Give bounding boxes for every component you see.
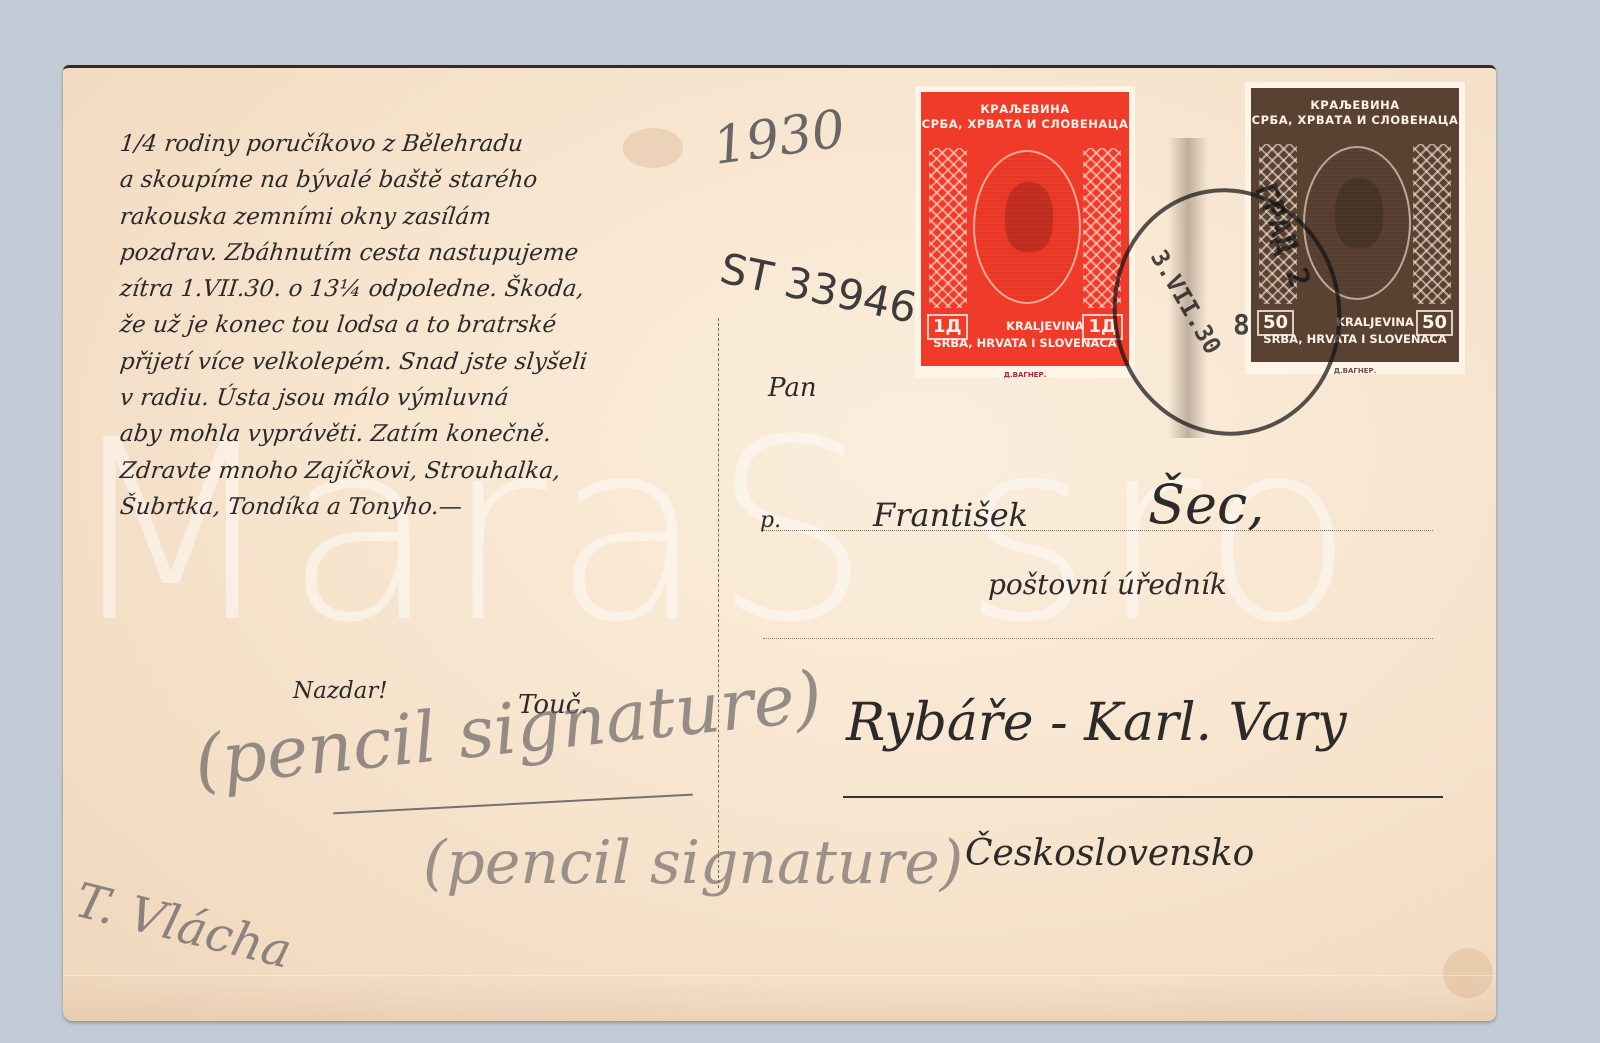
center-divider: [718, 318, 719, 888]
message-line: že už je konec tou lodsa a to bratrské: [118, 307, 589, 343]
recipient-country: Československo: [965, 833, 1254, 874]
recipient-city: Rybáře - Karl. Vary: [846, 693, 1347, 753]
message-line: aby mohla vyprávěti. Zatím konečně.: [118, 416, 589, 452]
stamp-cyrillic-text: КРАЉЕВИНА СРБА, ХРВАТА И СЛОВЕНАЦА: [921, 92, 1129, 132]
stamp-cyrillic-text: КРАЉЕВИНА СРБА, ХРВАТА И СЛОВЕНАЦА: [1251, 88, 1459, 128]
message-line: 1/4 rodiny poručíkovo z Bělehradu: [118, 126, 589, 162]
recipient-occupation: poštovní úředník: [988, 568, 1227, 601]
pencil-year-note: 1930: [709, 99, 848, 177]
stain: [1443, 948, 1493, 998]
message-line: přijetí více velkolepém. Snad jste slyše…: [118, 344, 589, 380]
postcard: MaraS sro 1930 ST 33946 1/4 rodiny poruč…: [63, 65, 1496, 1021]
pencil-flourish: [333, 794, 693, 815]
pencil-signature: (pencil signature): [190, 655, 825, 802]
message-line: pozdrav. Zbáhnutím cesta nastupujeme: [118, 235, 589, 271]
message-greeting: Nazdar!: [293, 678, 388, 704]
recipient-last-name: Šec,: [1148, 473, 1264, 536]
message-line: rakouska zemními okny zasílám: [118, 199, 589, 235]
handwritten-message: 1/4 rodiny poručíkovo z Bělehradu a skou…: [120, 126, 587, 525]
inventory-number: ST 33946: [716, 244, 921, 333]
message-line: Šubrtka, Tondíka a Tonyho.—: [118, 489, 589, 525]
pencil-signature: (pencil signature): [423, 828, 963, 898]
recipient-first-name: František: [873, 496, 1028, 534]
message-line: v radiu. Ústa jsou málo výmluvná: [118, 380, 589, 416]
stamp-portrait: [973, 150, 1081, 304]
postmark-number: 8: [1233, 308, 1250, 341]
stain: [623, 128, 683, 168]
stamp-ornament: [1413, 144, 1451, 304]
pencil-signature: T. Vlácha: [70, 872, 298, 980]
stamp-latin-text: KRALJEVINA SRBA, HRVATA I SLOVENACA: [921, 318, 1129, 352]
address-underline: [843, 796, 1443, 798]
stamp-ornament: [929, 148, 967, 308]
address-salutation: Pan: [768, 373, 817, 403]
address-dotted-line: [763, 530, 1433, 531]
stamp-printer-imprint: Д.ВАГНЕР.: [921, 371, 1129, 379]
postage-stamp-1-dinar: КРАЉЕВИНА СРБА, ХРВАТА И СЛОВЕНАЦА 1Д 1Д…: [915, 86, 1135, 378]
message-line: zítra 1.VII.30. o 13¼ odpoledne. Škoda,: [118, 271, 589, 307]
message-line: Zdravte mnoho Zajíčkovi, Strouhalka,: [118, 453, 589, 489]
stamp-face: КРАЉЕВИНА СРБА, ХРВАТА И СЛОВЕНАЦА 1Д 1Д…: [921, 92, 1129, 366]
address-dotted-line: [763, 638, 1433, 639]
message-line: a skoupíme na bývalé baště starého: [118, 162, 589, 198]
